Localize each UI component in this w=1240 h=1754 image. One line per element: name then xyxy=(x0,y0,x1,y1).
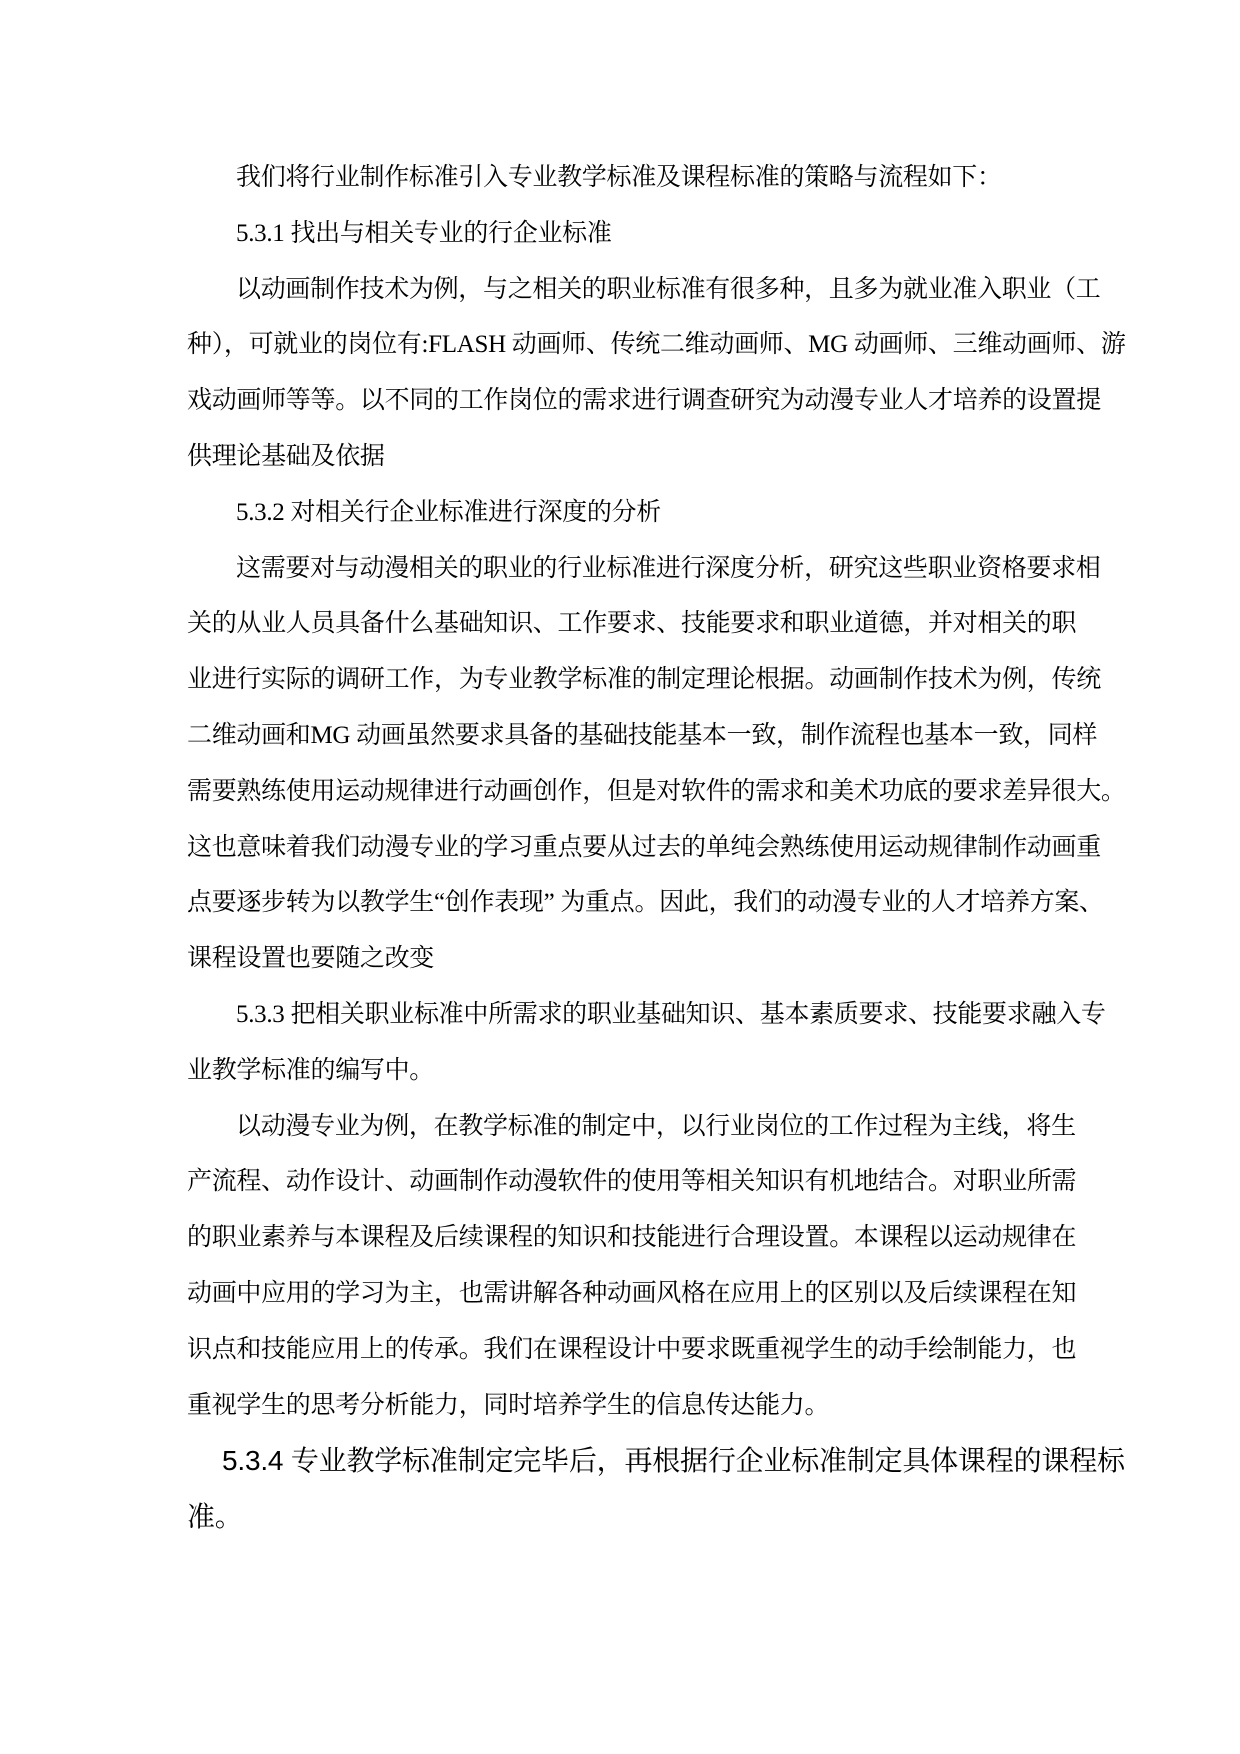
text-line: 5.3.3 把相关职业标准中所需求的职业基础知识、基本素质要求、技能要求融入专 xyxy=(187,987,1092,1043)
text-line: 业教学标准的编写中。 xyxy=(187,1043,1092,1099)
text-line: 业进行实际的调研工作，为专业教学标准的制定理论根据。动画制作技术为例，传统 xyxy=(187,652,1092,708)
text-line: 我们将行业制作标准引入专业教学标准及课程标准的策略与流程如下： xyxy=(187,150,1092,206)
text-line: 5.3.4 专业教学标准制定完毕后，再根据行企业标准制定具体课程的课程标 xyxy=(187,1433,1092,1489)
text-line: 种），可就业的岗位有:FLASH 动画师、传统二维动画师、MG 动画师、三维动画… xyxy=(187,317,1092,373)
text-line: 识点和技能应用上的传承。我们在课程设计中要求既重视学生的动手绘制能力，也 xyxy=(187,1322,1092,1378)
text-line: 以动画制作技术为例，与之相关的职业标准有很多种，且多为就业准入职业（工 xyxy=(187,262,1092,318)
text-line: 的职业素养与本课程及后续课程的知识和技能进行合理设置。本课程以运动规律在 xyxy=(187,1210,1092,1266)
text-line: 准。 xyxy=(187,1489,1092,1545)
text-line: 产流程、动作设计、动画制作动漫软件的使用等相关知识有机地结合。对职业所需 xyxy=(187,1154,1092,1210)
text-line: 戏动画师等等。以不同的工作岗位的需求进行调查研究为动漫专业人才培养的设置提 xyxy=(187,373,1092,429)
document-text-block: 我们将行业制作标准引入专业教学标准及课程标准的策略与流程如下：5.3.1 找出与… xyxy=(187,150,1092,1545)
text-line: 重视学生的思考分析能力，同时培养学生的信息传达能力。 xyxy=(187,1378,1092,1434)
text-line: 动画中应用的学习为主，也需讲解各种动画风格在应用上的区别以及后续课程在知 xyxy=(187,1266,1092,1322)
text-line: 5.3.2 对相关行企业标准进行深度的分析 xyxy=(187,485,1092,541)
text-line: 5.3.1 找出与相关专业的行企业标准 xyxy=(187,206,1092,262)
text-line: 需要熟练使用运动规律进行动画创作，但是对软件的需求和美术功底的要求差异很大。 xyxy=(187,764,1092,820)
text-line: 供理论基础及依据 xyxy=(187,429,1092,485)
text-line: 以动漫专业为例，在教学标准的制定中，以行业岗位的工作过程为主线，将生 xyxy=(187,1099,1092,1155)
text-line: 二维动画和MG 动画虽然要求具备的基础技能基本一致，制作流程也基本一致，同样 xyxy=(187,708,1092,764)
text-line: 这需要对与动漫相关的职业的行业标准进行深度分析，研究这些职业资格要求相 xyxy=(187,541,1092,597)
text-line: 课程设置也要随之改变 xyxy=(187,931,1092,987)
document-page: 我们将行业制作标准引入专业教学标准及课程标准的策略与流程如下：5.3.1 找出与… xyxy=(0,0,1240,1754)
text-line: 点要逐步转为以教学生“创作表现” 为重点。因此，我们的动漫专业的人才培养方案、 xyxy=(187,875,1092,931)
text-line: 关的从业人员具备什么基础知识、工作要求、技能要求和职业道德，并对相关的职 xyxy=(187,596,1092,652)
text-line: 这也意味着我们动漫专业的学习重点要从过去的单纯会熟练使用运动规律制作动画重 xyxy=(187,820,1092,876)
